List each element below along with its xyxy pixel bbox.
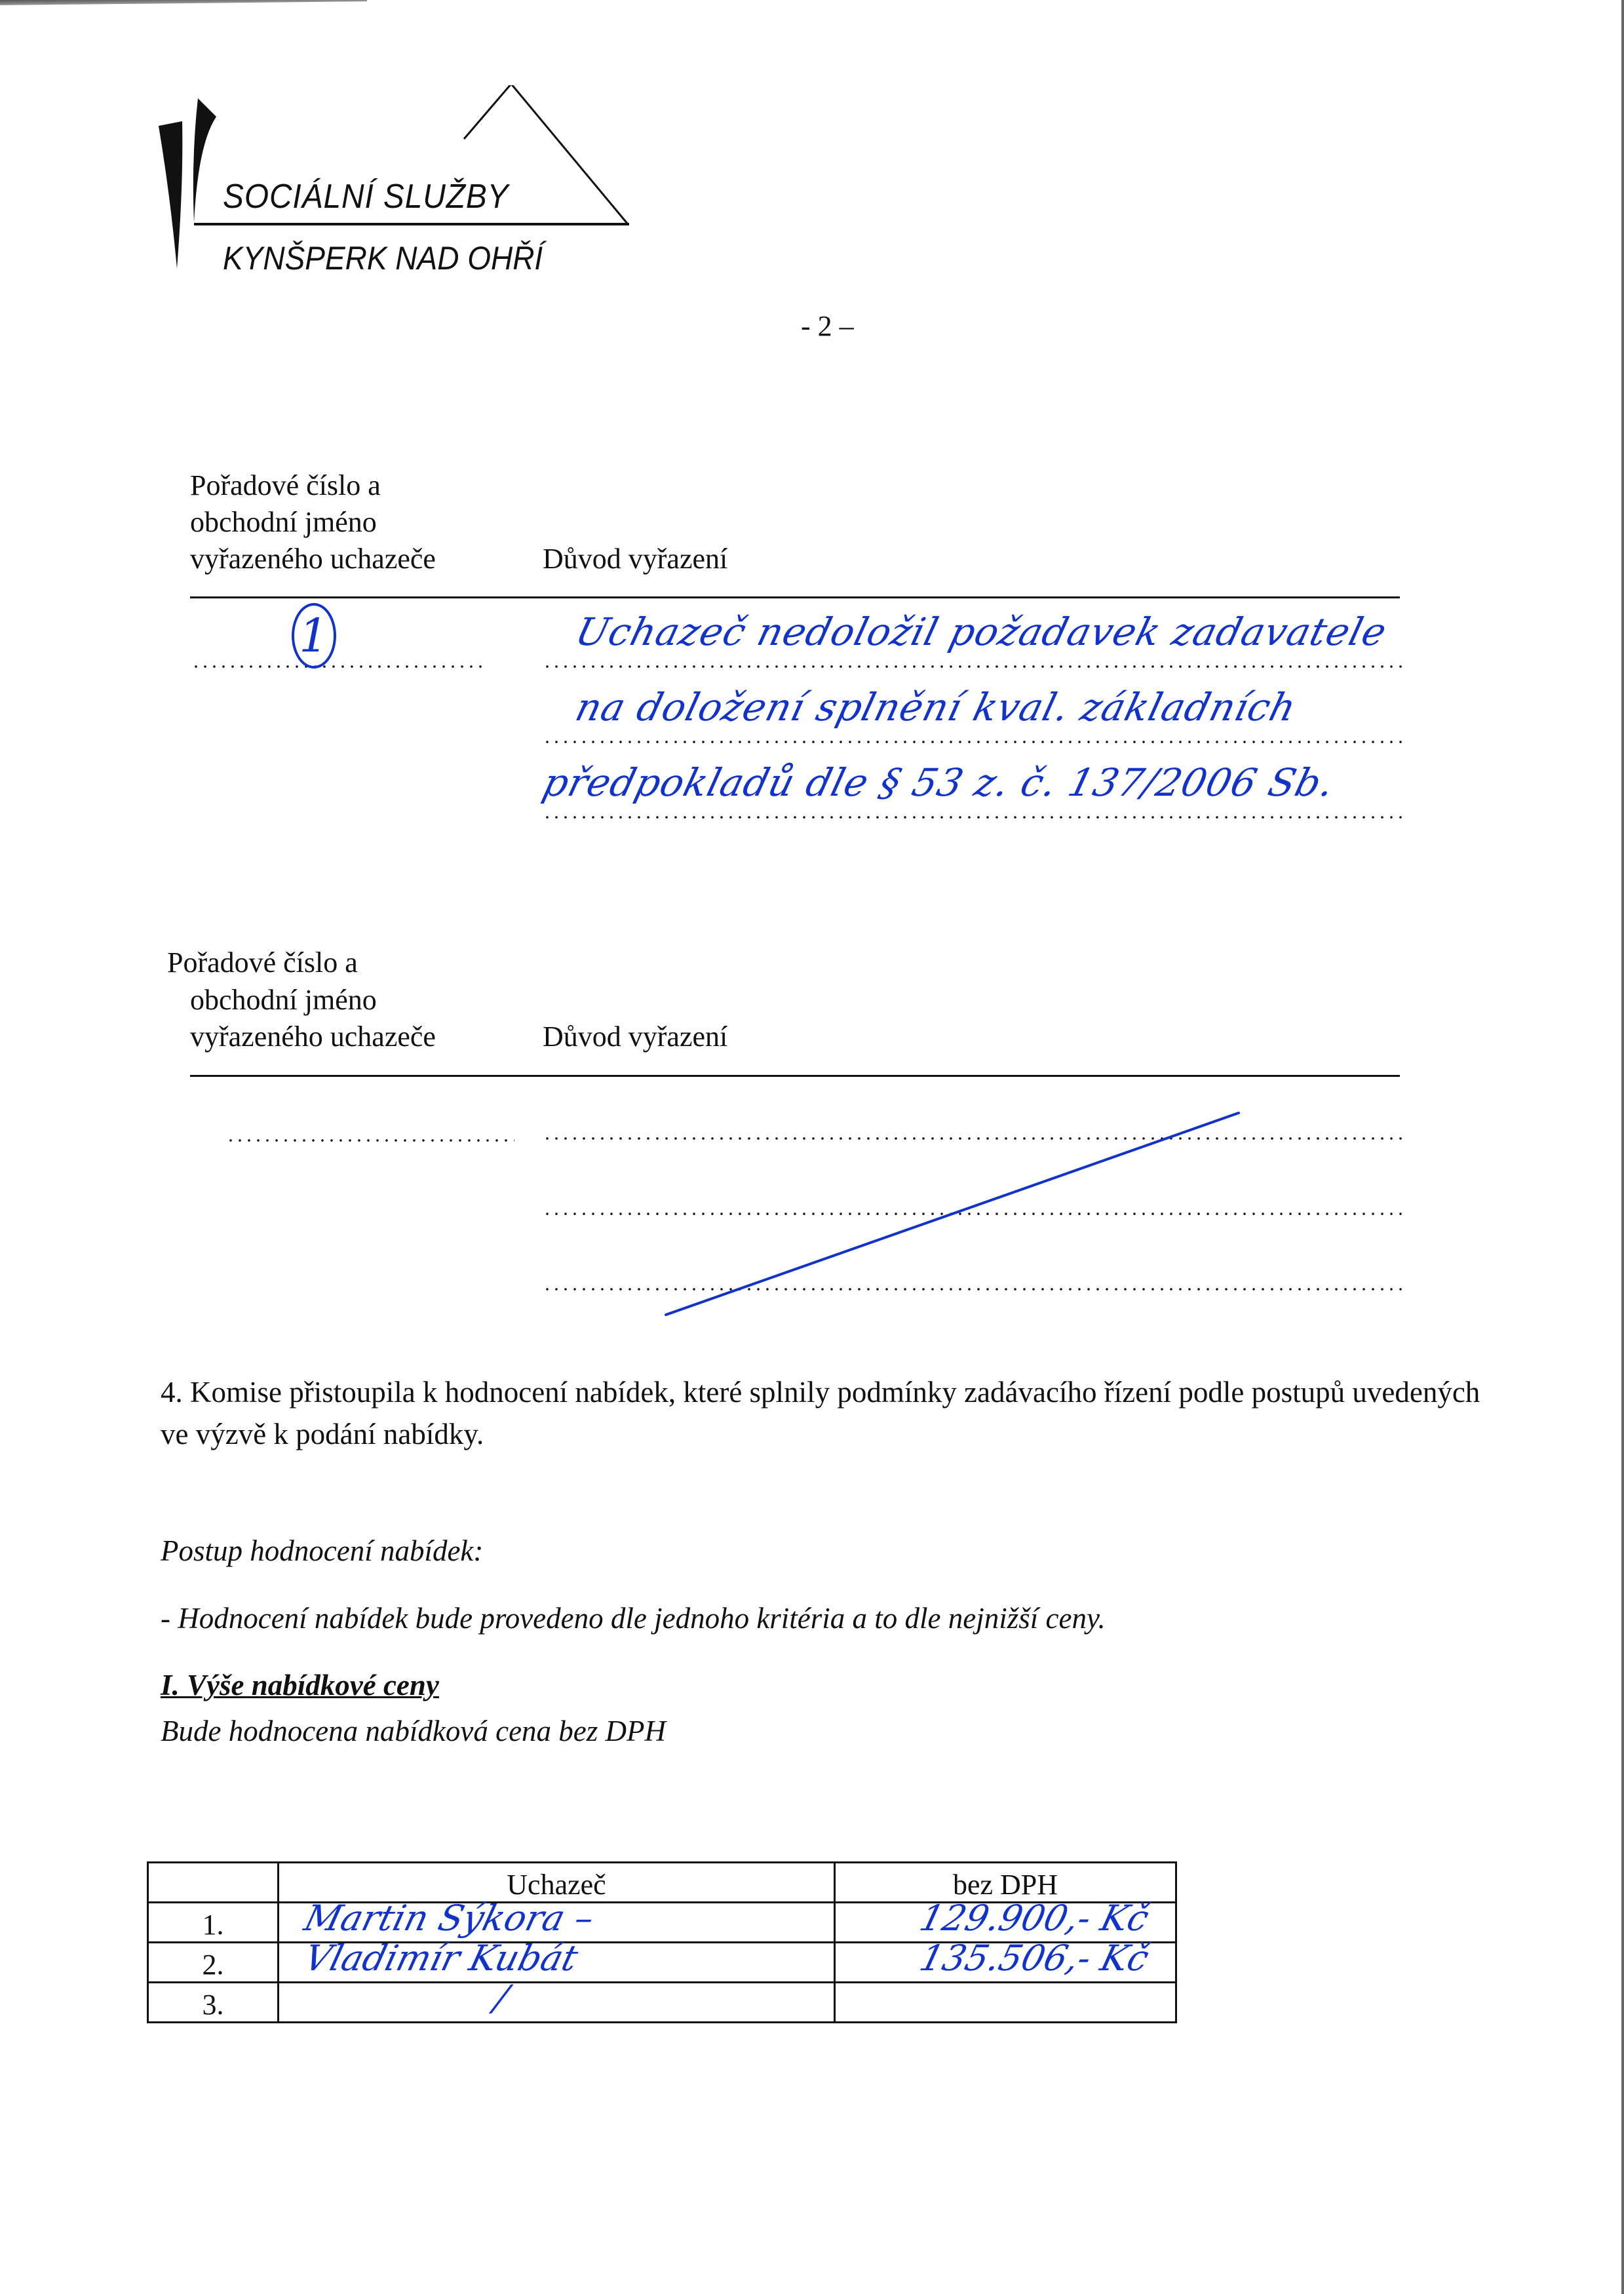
row-bidder: Vladimír Kubát bbox=[300, 1937, 582, 1979]
paragraph-4: 4. Komise přistoupila k hodnocení nabíde… bbox=[161, 1371, 1511, 1455]
section-title: I. Výše nabídkové ceny bbox=[161, 1668, 439, 1702]
row-bidder: Martin Sýkora – bbox=[300, 1897, 598, 1939]
handwritten-reason-line2: na doložení splnění kval. základních bbox=[571, 685, 1302, 729]
row-bidder-cell: Martin Sýkora – bbox=[279, 1903, 835, 1943]
col1-label-line1: Pořadové číslo a bbox=[167, 944, 358, 982]
table-header-row: Uchazeč bez DPH bbox=[148, 1863, 1176, 1903]
row-bidder-cell: Vladimír Kubát bbox=[279, 1943, 835, 1983]
header-num bbox=[148, 1863, 279, 1903]
scan-right-edge bbox=[1621, 0, 1624, 2294]
handwritten-bidder-number: 1 bbox=[292, 603, 336, 669]
org-name-line1: SOCIÁLNÍ SLUŽBY bbox=[223, 177, 509, 216]
bidder-number-dotted-line bbox=[191, 665, 484, 668]
offers-table: Uchazeč bez DPH 1. Martin Sýkora – 129.9… bbox=[147, 1861, 1177, 2023]
row-bidder: / bbox=[490, 1977, 512, 2019]
table-row: 2. Vladimír Kubát 135.506,- Kč bbox=[148, 1943, 1176, 1983]
header-rule bbox=[190, 1075, 1400, 1077]
evaluation-heading: Postup hodnocení nabídek: bbox=[161, 1534, 483, 1568]
col2-label: Důvod vyřazení bbox=[543, 1018, 727, 1056]
table-row: 1. Martin Sýkora – 129.900,- Kč bbox=[148, 1903, 1176, 1943]
evaluation-criterion: - Hodnocení nabídek bude provedeno dle j… bbox=[161, 1601, 1106, 1635]
row-price-cell: 135.506,- Kč bbox=[835, 1943, 1176, 1983]
row-bidder-cell: / bbox=[279, 1983, 835, 2023]
page-number: - 2 – bbox=[801, 309, 854, 343]
header-price: bez DPH bbox=[835, 1863, 1176, 1903]
reason-dotted-line-1 bbox=[543, 665, 1408, 668]
header-rule bbox=[190, 596, 1400, 598]
reason-dotted-line-2 bbox=[543, 741, 1408, 743]
scan-edge-shadow bbox=[0, 0, 367, 5]
col1-label-line3: vyřazeného uchazeče bbox=[190, 540, 436, 578]
org-name-line2: KYNŠPERK NAD OHŘÍ bbox=[223, 239, 543, 277]
header-bidder: Uchazeč bbox=[279, 1863, 835, 1903]
col2-label: Důvod vyřazení bbox=[543, 540, 727, 578]
row-price-cell: 129.900,- Kč bbox=[835, 1903, 1176, 1943]
organization-logo: SOCIÁLNÍ SLUŽBY KYNŠPERK NAD OHŘÍ bbox=[151, 85, 649, 282]
row-num: 2. bbox=[148, 1943, 279, 1983]
row-num: 1. bbox=[148, 1903, 279, 1943]
bidder-number-dotted-line bbox=[226, 1139, 514, 1142]
row-price-cell bbox=[835, 1983, 1176, 2023]
handwritten-reason-line1: Uchazeč nedoložil požadavek zadavatele bbox=[571, 610, 1392, 654]
row-price: 129.900,- Kč bbox=[916, 1897, 1153, 1939]
col1-label-line2: obchodní jméno bbox=[190, 981, 377, 1019]
reason-dotted-line-3 bbox=[543, 816, 1408, 819]
handwritten-strikethrough-line bbox=[655, 1108, 1245, 1324]
row-price: 135.506,- Kč bbox=[916, 1937, 1153, 1979]
handwritten-reason-line3: předpokladů dle § 53 z. č. 137/2006 Sb. bbox=[539, 760, 1340, 805]
table-row: 3. / bbox=[148, 1983, 1176, 2023]
col1-label-line3: vyřazeného uchazeče bbox=[190, 1018, 436, 1056]
row-num: 3. bbox=[148, 1983, 279, 2023]
col1-label-line1: Pořadové číslo a bbox=[190, 467, 381, 505]
col1-label-line2: obchodní jméno bbox=[190, 503, 377, 541]
section-note: Bude hodnocena nabídková cena bez DPH bbox=[161, 1714, 666, 1748]
